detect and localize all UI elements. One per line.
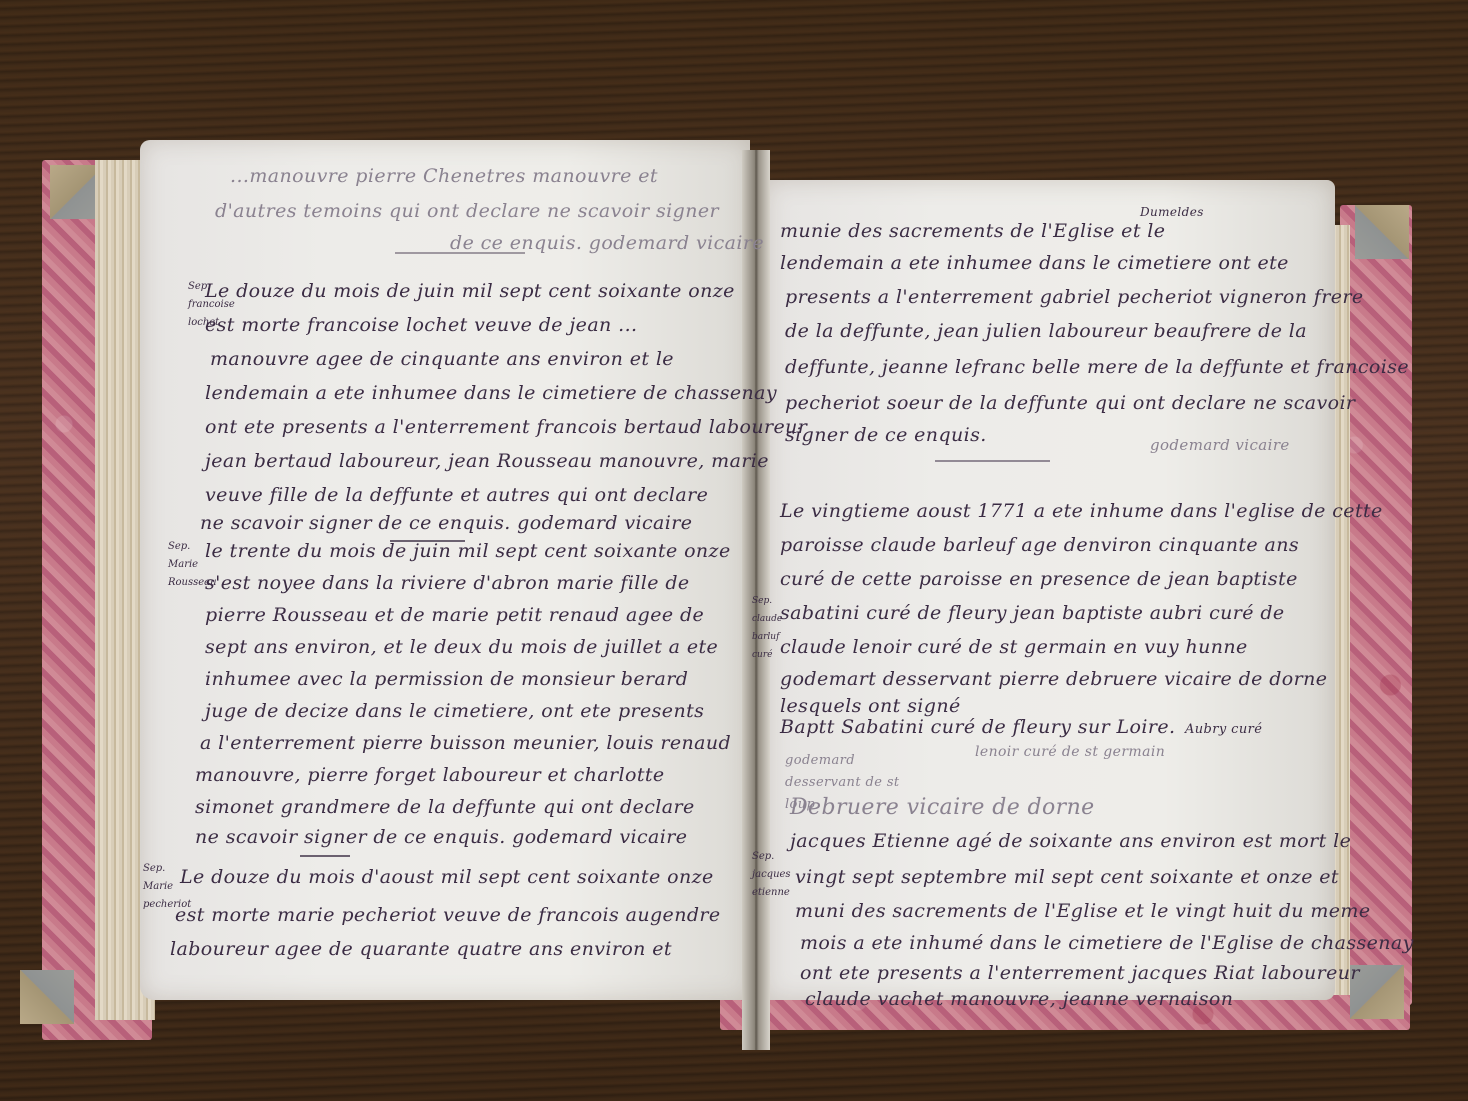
record-line: curé de cette paroisse en presence de je… [780,568,1298,590]
record-line: ont ete presents a l'enterrement jacques… [800,962,1360,984]
record-line: Le douze du mois de juin mil sept cent s… [205,280,735,302]
entry-separator [395,252,525,254]
record-line: Le douze du mois d'aoust mil sept cent s… [180,866,714,888]
continuation-line: de ce enquis. godemard vicaire [450,232,764,254]
record-line: deffunte, jeanne lefranc belle mere de l… [785,356,1409,378]
margin-note: Sep. claude barluf curé [752,592,782,664]
signature: Baptt Sabatini curé de fleury sur Loire. [780,716,1175,738]
record-line: juge de decize dans le cimetiere, ont et… [205,700,704,722]
record-line: signer de ce enquis. [785,424,987,446]
record-line: ne scavoir signer de ce enquis. godemard… [195,826,687,848]
record-line: Le vingtieme aoust 1771 a ete inhume dan… [780,500,1383,522]
record-line: s'est noyee dans la riviere d'abron mari… [205,572,690,594]
record-line: est morte marie pecheriot veuve de franc… [175,904,721,926]
record-line: godemart desservant pierre debruere vica… [780,668,1327,690]
record-line: sabatini curé de fleury jean baptiste au… [780,602,1285,624]
right-top-vellum-corner [1355,205,1409,259]
record-line: presents a l'enterrement gabriel pecheri… [785,286,1363,308]
record-line: pierre Rousseau et de marie petit renaud… [205,604,704,626]
continuation-line: d'autres temoins qui ont declare ne scav… [215,200,719,222]
record-line: vingt sept septembre mil sept cent soixa… [795,866,1339,888]
signature: lenoir curé de st germain [975,744,1165,760]
right-cover-board [1340,205,1412,1005]
record-line: lendemain a ete inhumee dans le cimetier… [205,382,777,404]
record-line: claude vachet manouvre, jeanne vernaison [805,988,1233,1010]
interlinear-note: Dumeldes [1140,205,1204,219]
record-line: munie des sacrements de l'Eglise et le [780,220,1165,242]
record-line: a l'enterrement pierre buisson meunier, … [200,732,731,754]
record-line: simonet grandmere de la deffunte qui ont… [195,796,695,818]
entry-separator [935,460,1050,462]
record-line: paroisse claude barleuf age denviron cin… [780,534,1299,556]
record-line: ne scavoir signer de ce enquis. godemard… [200,512,692,534]
record-line: mois a ete inhumé dans le cimetiere de l… [800,932,1414,954]
record-line: le trente du mois de juin mil sept cent … [205,540,731,562]
record-line: sept ans environ, et le deux du mois de … [205,636,718,658]
continuation-line: ...manouvre pierre Chenetres manouvre et [230,165,658,187]
left-bottom-vellum-corner [20,970,74,1024]
record-line: jean bertaud laboureur, jean Rousseau ma… [205,450,769,472]
record-line: manouvre agee de cinquante ans environ e… [210,348,674,370]
record-line: est morte francoise lochet veuve de jean… [205,314,637,336]
signature: Aubry curé [1185,722,1262,737]
record-line: lendemain a ete inhumee dans le cimetier… [780,252,1289,274]
record-line: de la deffunte, jean julien laboureur be… [785,320,1307,342]
record-line: jacques Etienne agé de soixante ans envi… [790,830,1351,852]
entry-separator [300,855,350,857]
record-line: veuve fille de la deffunte et autres qui… [205,484,708,506]
record-line: manouvre, pierre forget laboureur et cha… [195,764,665,786]
margin-note: Sep. jacques etienne [752,848,791,902]
record-line: claude lenoir curé de st germain en vuy … [780,636,1248,658]
record-line: lesquels ont signé [780,695,961,717]
record-line: inhumee avec la permission de monsieur b… [205,668,688,690]
signature: Debruere vicaire de dorne [790,795,1095,820]
record-line: laboureur agee de quarante quatre ans en… [170,938,672,960]
signature: godemard vicaire [1150,436,1290,454]
record-line: pecheriot soeur de la deffunte qui ont d… [785,392,1355,414]
record-line: muni des sacrements de l'Eglise et le vi… [795,900,1371,922]
record-line: ont ete presents a l'enterrement francoi… [205,416,807,438]
